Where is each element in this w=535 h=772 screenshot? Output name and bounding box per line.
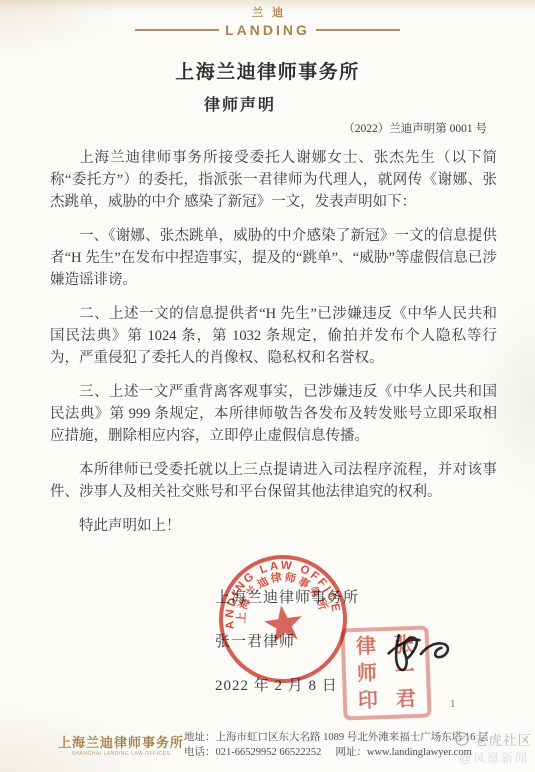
footer-phone-line: 电话：021-66529952 66522252网址：www.landingla… (184, 745, 489, 760)
footer-address-line: 地址：上海市虹口区东大名路 1089 号北外滩来福士广场东塔 16 层 (184, 730, 489, 745)
seal-char: 师 (357, 663, 378, 684)
website-label: 网址： (335, 747, 367, 758)
paragraph-closing: 特此声明如上！ (50, 515, 497, 537)
paragraph-point-1: 一、《谢娜、张杰跳单，威胁的中介感染了新冠》一文的信息提供者“H 先生”在发布中… (50, 225, 497, 291)
seal-char: 君 (396, 689, 417, 710)
seal-char: 律 (356, 637, 377, 658)
paragraph-point-3: 三、上述一文严重背离客观事实，已涉嫌违反《中华人民共和国民法典》第 999 条规… (50, 381, 497, 447)
firm-logo-english: LANDING (225, 22, 310, 38)
firm-letterhead: 兰迪 LANDING (0, 4, 535, 38)
handwritten-signature (381, 625, 461, 687)
footer-contact-info: 地址：上海市虹口区东大名路 1089 号北外滩来福士广场东塔 16 层 电话：0… (184, 730, 489, 760)
firm-logo-chinese: 兰迪 (0, 4, 535, 20)
tiger-community-icon (454, 731, 470, 747)
address-value: 上海市虹口区东大名路 1089 号北外滩来福士广场东塔 16 层 (216, 732, 489, 743)
statement-body: 上海兰迪律师事务所接受委托人谢娜女士、张杰先生（以下简称“委托方”）的委托，指派… (50, 147, 497, 549)
watermark-tiger-text: 老虎社区 (474, 729, 532, 749)
paragraph-reservation: 本所律师已受委托就以上三点提请进入司法程序流程，并对该事件、涉事人及相关社交账号… (50, 459, 497, 503)
letterhead-rule-left (135, 29, 219, 31)
document-number: （2022）兰迪声明第 0001 号 (343, 120, 487, 136)
letterhead-rule-right (316, 29, 400, 31)
paragraph-point-2: 二、上述一文的信息提供者“H 先生”已涉嫌违反《中华人民共和国民法典》第 102… (50, 303, 497, 369)
document-page: 兰迪 LANDING 上海兰迪律师事务所 律师声明 （2022）兰迪声明第 00… (0, 0, 535, 772)
footer-firm-logo: 上海兰迪律师事务所 SHANGHAI LANDING LAW OFFICES (56, 732, 186, 757)
star-icon (262, 602, 305, 643)
document-title: 律师声明 (0, 92, 480, 115)
page-number: 1 (450, 698, 456, 710)
footer-logo-english: SHANGHAI LANDING LAW OFFICES (56, 751, 186, 757)
address-label: 地址： (184, 732, 216, 743)
round-official-stamp: LANDING LAW OFFICES 上海兰迪律师事务所 (207, 543, 358, 694)
paragraph-intro: 上海兰迪律师事务所接受委托人谢娜女士、张杰先生（以下简称“委托方”）的委托，指派… (50, 147, 497, 213)
watermark-tiger-community: 老虎社区 (454, 729, 532, 749)
firm-logo-row: LANDING (0, 22, 535, 38)
seal-char: 印 (358, 690, 379, 711)
footer-logo-chinese: 上海兰迪律师事务所 (56, 732, 186, 751)
watermark-phoenix-news: @凤凰新闻 (459, 749, 529, 766)
phone-label: 电话： (184, 747, 216, 758)
firm-name-title: 上海兰迪律师事务所 (0, 57, 535, 84)
phone-value: 021-66529952 66522252 (216, 747, 322, 758)
